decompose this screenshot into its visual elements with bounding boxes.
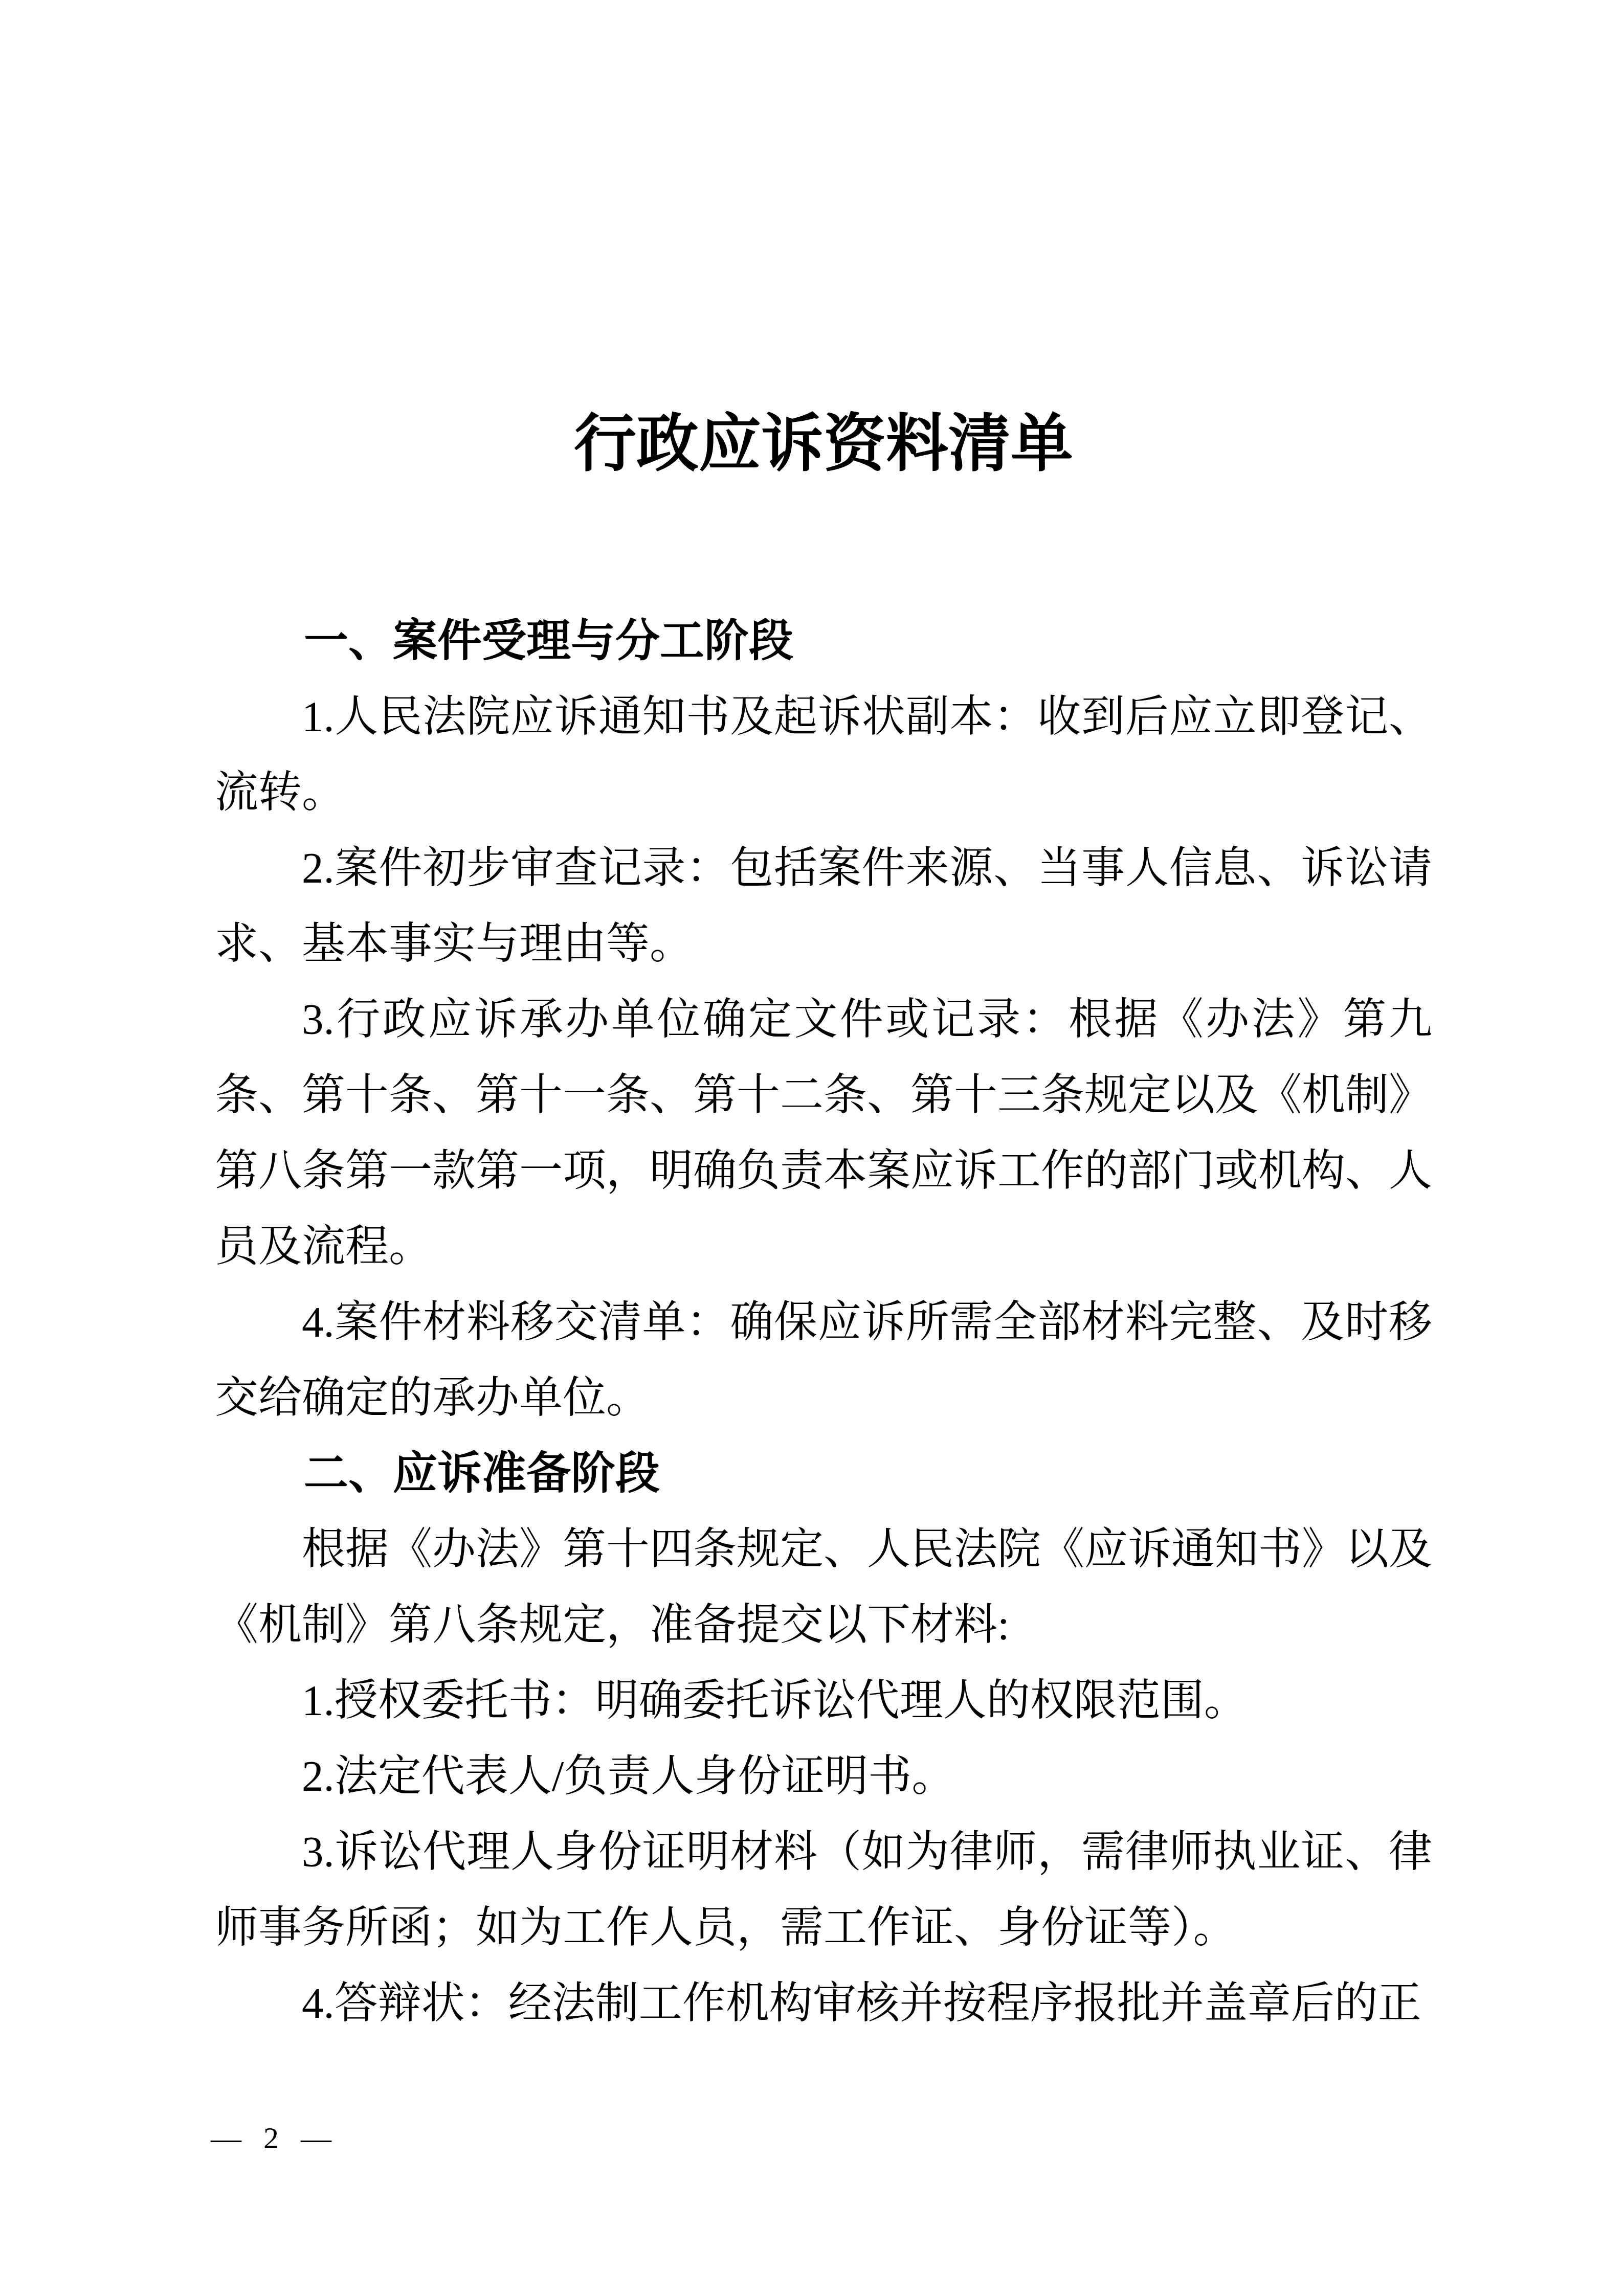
section-2-heading: 二、应诉准备阶段 — [215, 1436, 1432, 1512]
paragraph: 根据《办法》第十四条规定、人民法院《应诉通知书》以及《机制》第八条规定，准备提交… — [215, 1512, 1432, 1663]
paragraph: 3.诉讼代理人身份证明材料（如为律师，需律师执业证、律师事务所函；如为工作人员，… — [215, 1814, 1432, 1966]
paragraph: 4.答辩状：经法制工作机构审核并按程序报批并盖章后的正 — [215, 1966, 1432, 2041]
paragraph: 2.案件初步审查记录：包括案件来源、当事人信息、诉讼请求、基本事实与理由等。 — [215, 830, 1432, 982]
document-title: 行政应诉资料清单 — [215, 410, 1432, 479]
page-number: — 2 — — [211, 2115, 339, 2161]
paragraph: 1.人民法院应诉通知书及起诉状副本：收到后应立即登记、流转。 — [215, 679, 1432, 830]
paragraph: 1.授权委托书：明确委托诉讼代理人的权限范围。 — [215, 1663, 1432, 1739]
paragraph: 4.案件材料移交清单：确保应诉所需全部材料完整、及时移交给确定的承办单位。 — [215, 1285, 1432, 1436]
section-1-heading: 一、案件受理与分工阶段 — [215, 603, 1432, 679]
document-body: 一、案件受理与分工阶段 1.人民法院应诉通知书及起诉状副本：收到后应立即登记、流… — [215, 603, 1432, 2041]
document-page: 行政应诉资料清单 一、案件受理与分工阶段 1.人民法院应诉通知书及起诉状副本：收… — [0, 0, 1624, 2296]
paragraph: 2.法定代表人/负责人身份证明书。 — [215, 1739, 1432, 1814]
paragraph: 3.行政应诉承办单位确定文件或记录：根据《办法》第九条、第十条、第十一条、第十二… — [215, 982, 1432, 1285]
